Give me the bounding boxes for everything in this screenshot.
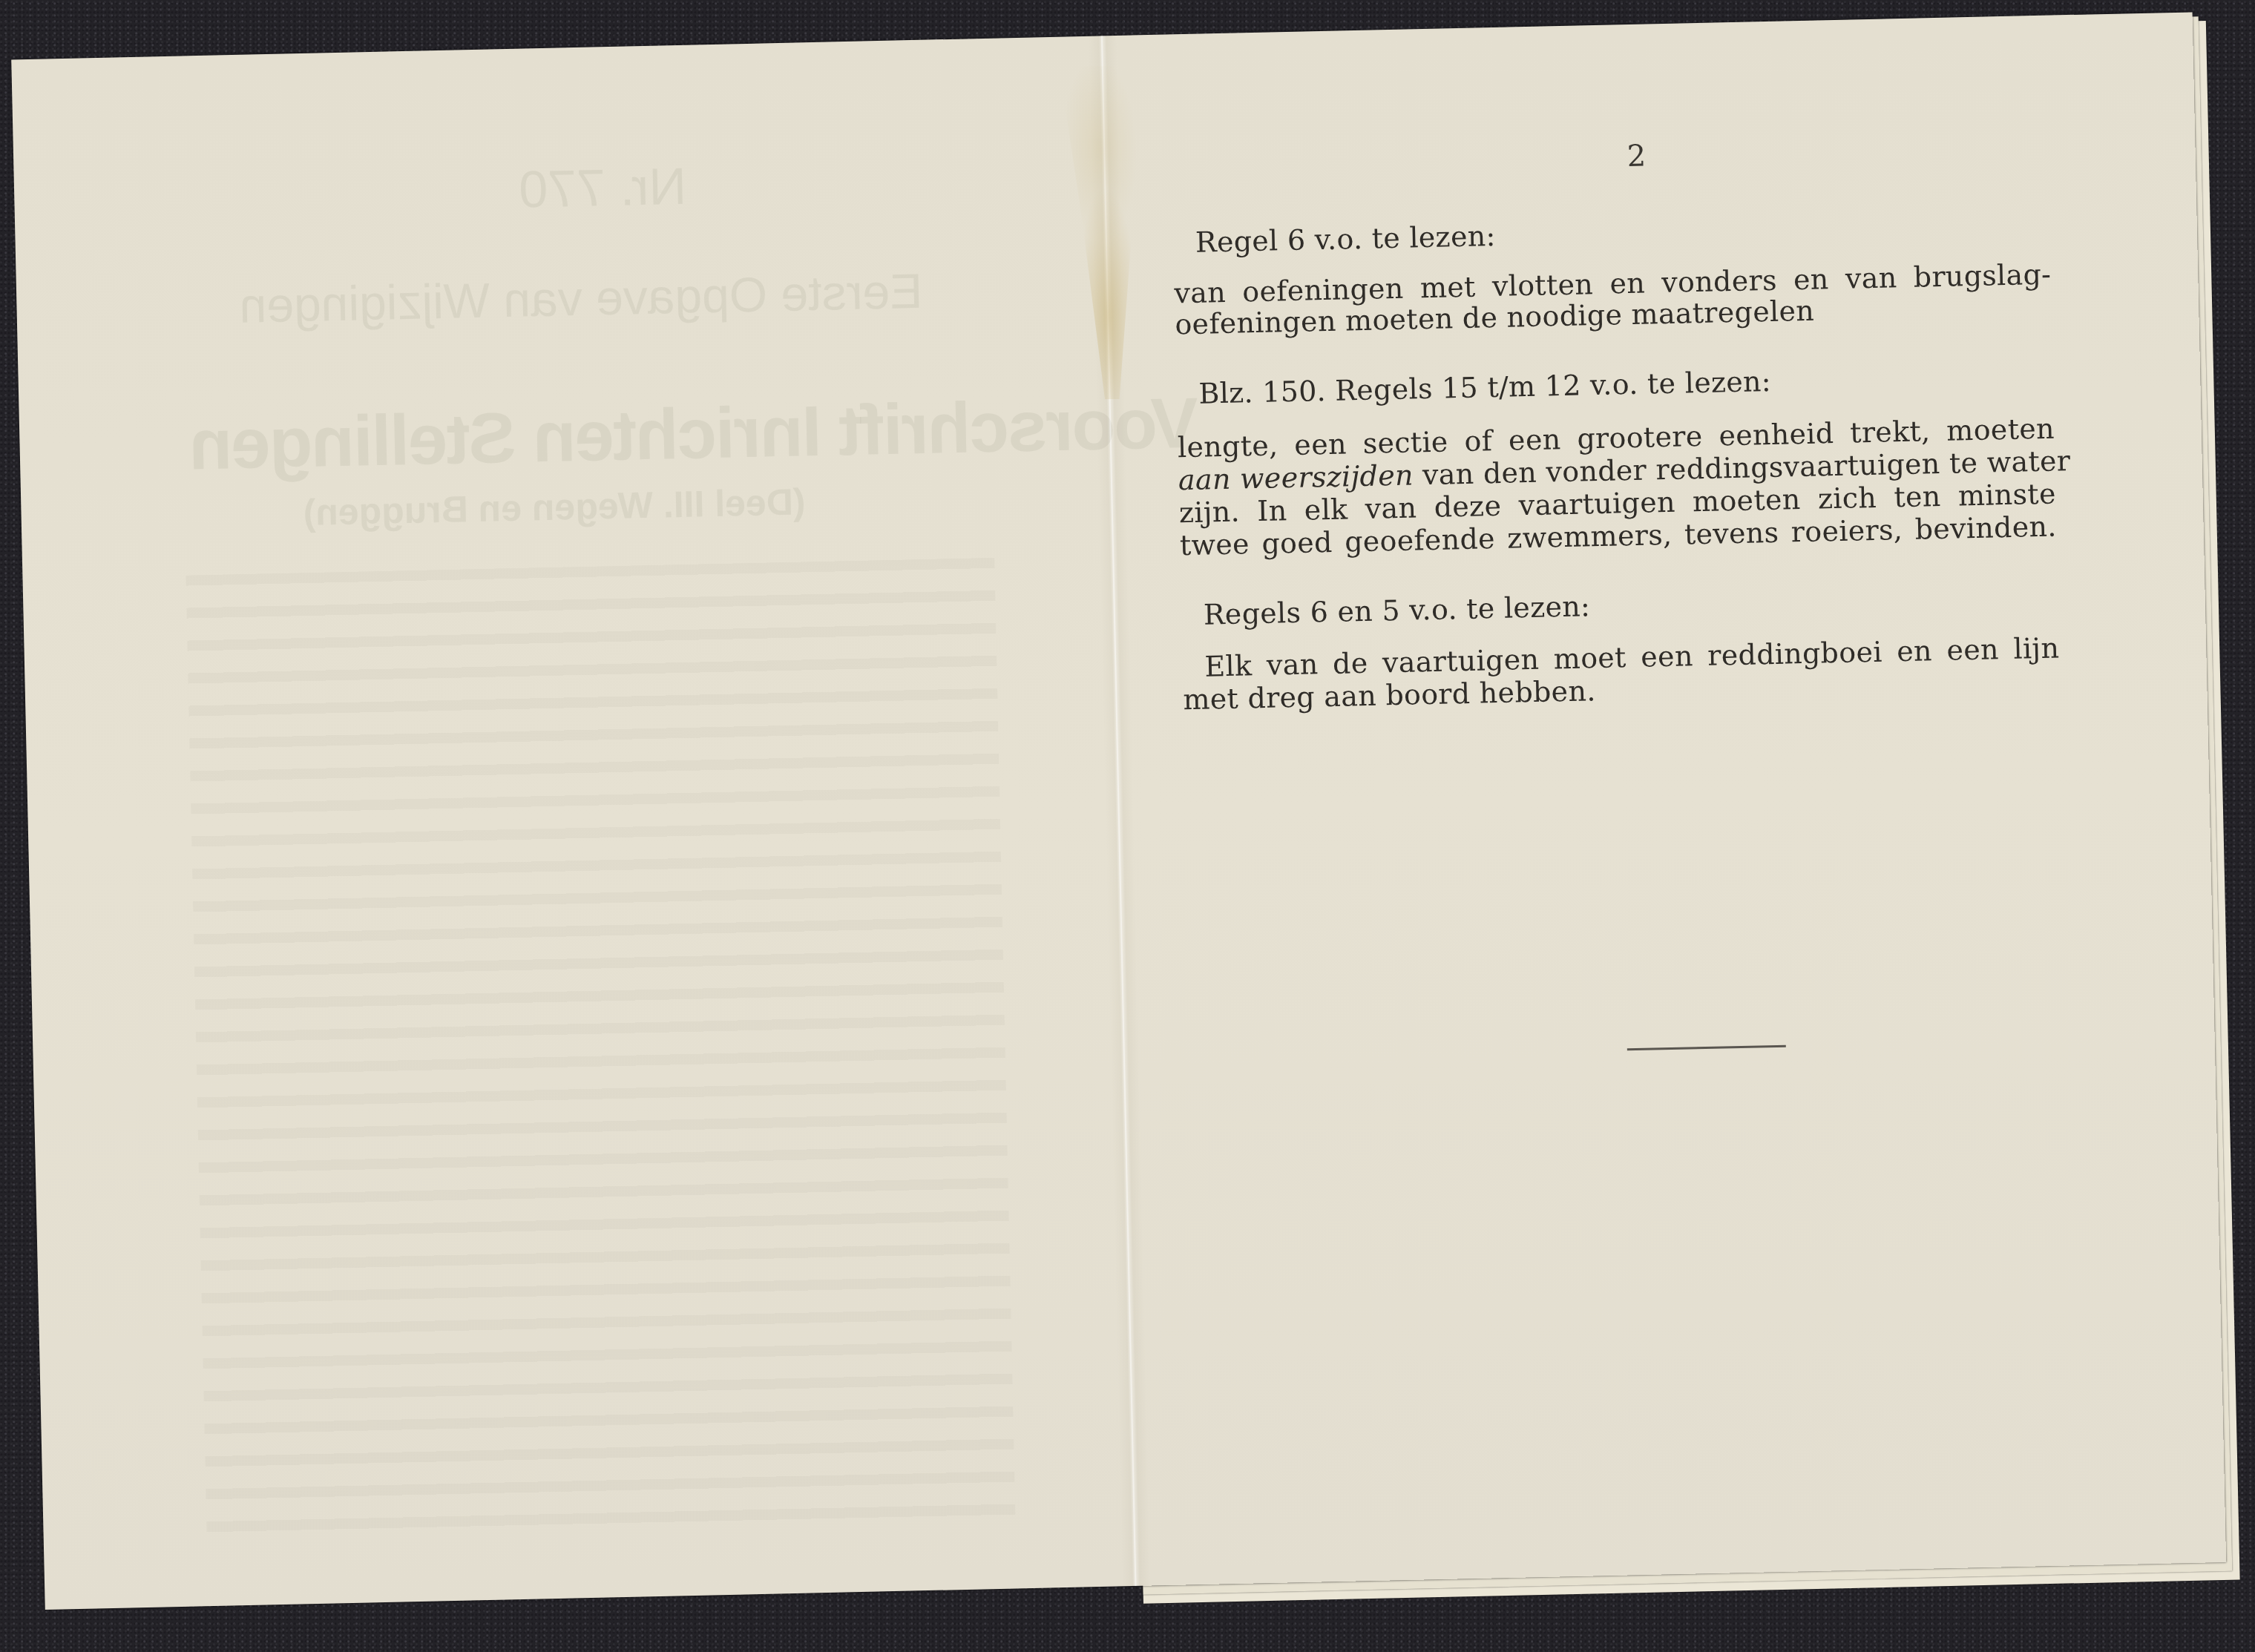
left-page: Nr. 770 Eerste Opgave van Wijzigingen Vo… bbox=[11, 36, 1135, 1610]
bleed-through-lines bbox=[186, 558, 1015, 1539]
bleed-through-text: Voorschrift Inrichten Stellingen bbox=[189, 383, 1198, 487]
bleed-through-text: (Deel III. Wegen en Bruggen) bbox=[303, 480, 806, 534]
bleed-through-text: Eerste Opgave van Wijzigingen bbox=[239, 263, 923, 334]
page-number: 2 bbox=[1627, 139, 1646, 174]
body-line: Elk van de vaartuigen moet een reddingbo… bbox=[1204, 634, 2060, 681]
right-page: 2 Regel 6 v.o. te lezen: van oefeningen … bbox=[1102, 12, 2226, 1586]
open-sheet: Nr. 770 Eerste Opgave van Wijzigingen Vo… bbox=[11, 12, 2226, 1610]
bleed-through-text: Nr. 770 bbox=[518, 157, 686, 220]
body-line: met dreg aan boord hebben. bbox=[1183, 677, 1596, 714]
section-heading: Regels 6 en 5 v.o. te lezen: bbox=[1204, 592, 1591, 628]
page-content: 2 Regel 6 v.o. te lezen: van oefeningen … bbox=[1169, 15, 2059, 34]
horizontal-rule bbox=[1627, 1045, 1786, 1051]
section-heading: Blz. 150. Regels 15 t/m 12 v.o. te lezen… bbox=[1198, 367, 1771, 408]
booklet-spread: Nr. 770 Eerste Opgave van Wijzigingen Vo… bbox=[11, 12, 2242, 1632]
emphasis-text: aan weerszijden bbox=[1178, 458, 1414, 496]
section-heading: Regel 6 v.o. te lezen: bbox=[1195, 222, 1496, 257]
